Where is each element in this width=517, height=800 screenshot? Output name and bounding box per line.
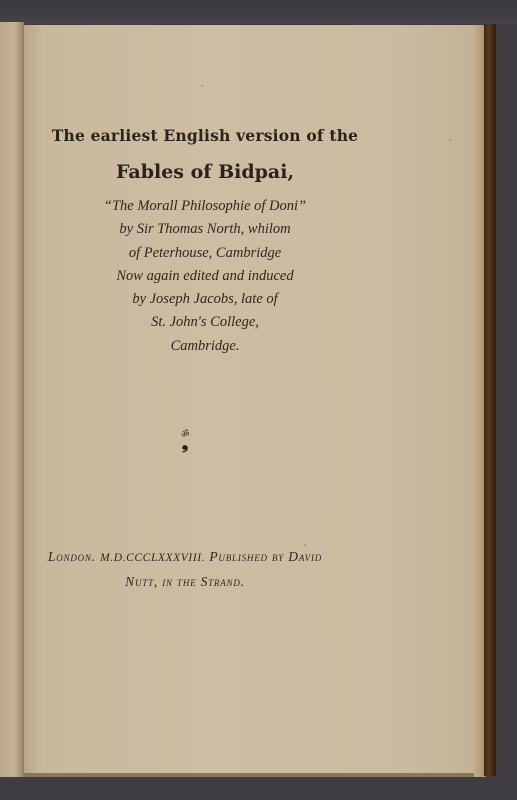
paper-speck [201, 85, 203, 87]
imprint-place: London. [48, 549, 96, 564]
subtitle-line: Now again edited and induced [30, 265, 380, 288]
subtitle-line: St. John's College, [30, 311, 380, 334]
printers-fleuron-icon: ॐ ❟ [175, 430, 195, 452]
subtitle-block: “The Morall Philosophie of Doni” by Sir … [30, 195, 380, 358]
background-top [0, 0, 517, 24]
imprint-year: M.D.CCCLXXXVIII. [100, 552, 205, 564]
book-title: Fables of Bidpai, [30, 161, 380, 183]
subtitle-line: Cambridge. [30, 335, 380, 358]
imprint-line-1: London. M.D.CCCLXXXVIII. Published by Da… [30, 545, 340, 570]
title-line-1: The earliest English version of the [30, 126, 380, 145]
fleuron-bottom: ❟ [175, 435, 195, 452]
book-binding [484, 24, 496, 776]
imprint-line-2: Nutt, in the Strand. [30, 570, 340, 593]
subtitle-line: by Sir Thomas North, whilom [30, 218, 380, 241]
page-bottom-edge [24, 773, 479, 777]
left-page-edge [0, 22, 24, 777]
subtitle-line: “The Morall Philosophie of Doni” [30, 195, 380, 218]
paper-speck [449, 139, 451, 141]
imprint-block: London. M.D.CCCLXXXVIII. Published by Da… [30, 545, 340, 593]
imprint-publisher: Published by David [209, 549, 322, 564]
subtitle-line: of Peterhouse, Cambridge [30, 242, 380, 265]
subtitle-line: by Joseph Jacobs, late of [30, 288, 380, 311]
